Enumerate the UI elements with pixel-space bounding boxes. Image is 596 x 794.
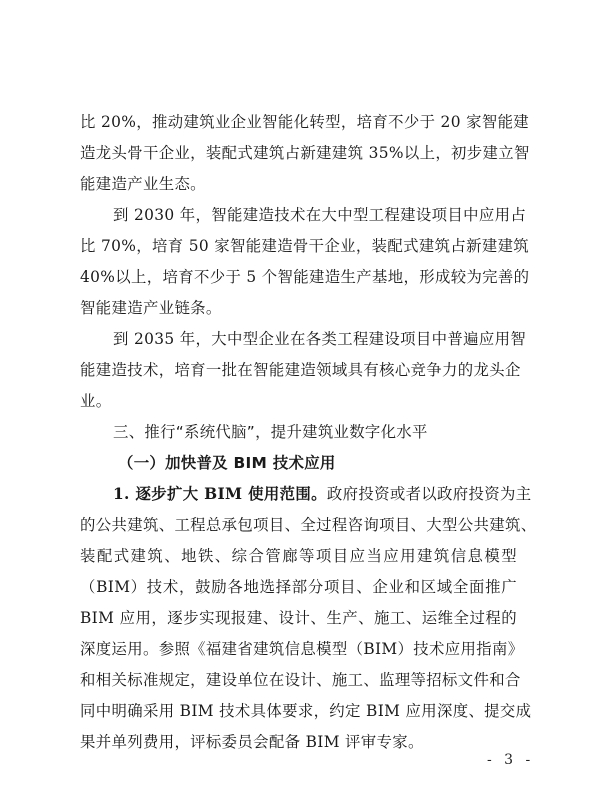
paragraph-line: 业。 bbox=[80, 391, 111, 411]
page-number: - 3 - bbox=[487, 751, 534, 769]
item-1-first-line: 1. 逐步扩大 BIM 使用范围。政府投资或者以政府投资为主 bbox=[113, 484, 517, 504]
item-1-text: 政府投资或者以政府投资为主 bbox=[327, 485, 532, 503]
item-1-title: 1. 逐步扩大 BIM 使用范围。 bbox=[113, 485, 327, 503]
paragraph-line: 比 70%，培育 50 家智能建造骨干企业，装配式建筑占新建建筑 bbox=[80, 236, 517, 256]
paragraph-line: 果并单列费用，评标委员会配备 BIM 评审专家。 bbox=[80, 732, 424, 752]
paragraph-line: 和相关标准规定，建设单位在设计、施工、监理等招标文件和合 bbox=[80, 670, 517, 690]
paragraph-line: BIM 应用，逐步实现报建、设计、生产、施工、运维全过程的 bbox=[80, 608, 517, 628]
document-page: 比 20%，推动建筑业企业智能化转型，培育不少于 20 家智能建 造龙头骨干企业… bbox=[0, 0, 596, 794]
paragraph-line: 深度运用。参照《福建省建筑信息模型（BIM）技术应用指南》 bbox=[80, 639, 517, 659]
paragraph-line: 造龙头骨干企业，装配式建筑占新建建筑 35%以上，初步建立智 bbox=[80, 143, 517, 163]
section-heading: 三、推行“系统代脑”，提升建筑业数字化水平 bbox=[113, 422, 428, 442]
paragraph-line: 能建造技术，培育一批在智能建造领域具有核心竞争力的龙头企 bbox=[80, 360, 517, 380]
paragraph-line: 到 2030 年，智能建造技术在大中型工程建设项目中应用占 bbox=[113, 205, 517, 225]
paragraph-line: 到 2035 年，大中型企业在各类工程建设项目中普遍应用智 bbox=[113, 329, 517, 349]
paragraph-line: 装配式建筑、地铁、综合管廊等项目应当应用建筑信息模型 bbox=[80, 546, 517, 566]
paragraph-line: 智能建造产业链条。 bbox=[80, 298, 222, 318]
paragraph-line: （BIM）技术，鼓励各地选择部分项目、企业和区域全面推广 bbox=[80, 577, 517, 597]
paragraph-line: 40%以上，培育不少于 5 个智能建造生产基地，形成较为完善的 bbox=[80, 267, 517, 287]
paragraph-line: 同中明确采用 BIM 技术具体要求，约定 BIM 应用深度、提交成 bbox=[80, 701, 517, 721]
paragraph-line: 能建造产业生态。 bbox=[80, 174, 206, 194]
paragraph-line: 的公共建筑、工程总承包项目、全过程咨询项目、大型公共建筑、 bbox=[80, 515, 517, 535]
subsection-heading: （一）加快普及 BIM 技术应用 bbox=[118, 453, 336, 473]
paragraph-line: 比 20%，推动建筑业企业智能化转型，培育不少于 20 家智能建 bbox=[80, 112, 517, 132]
body-text: 比 20%，推动建筑业企业智能化转型，培育不少于 20 家智能建 造龙头骨干企业… bbox=[80, 0, 517, 794]
